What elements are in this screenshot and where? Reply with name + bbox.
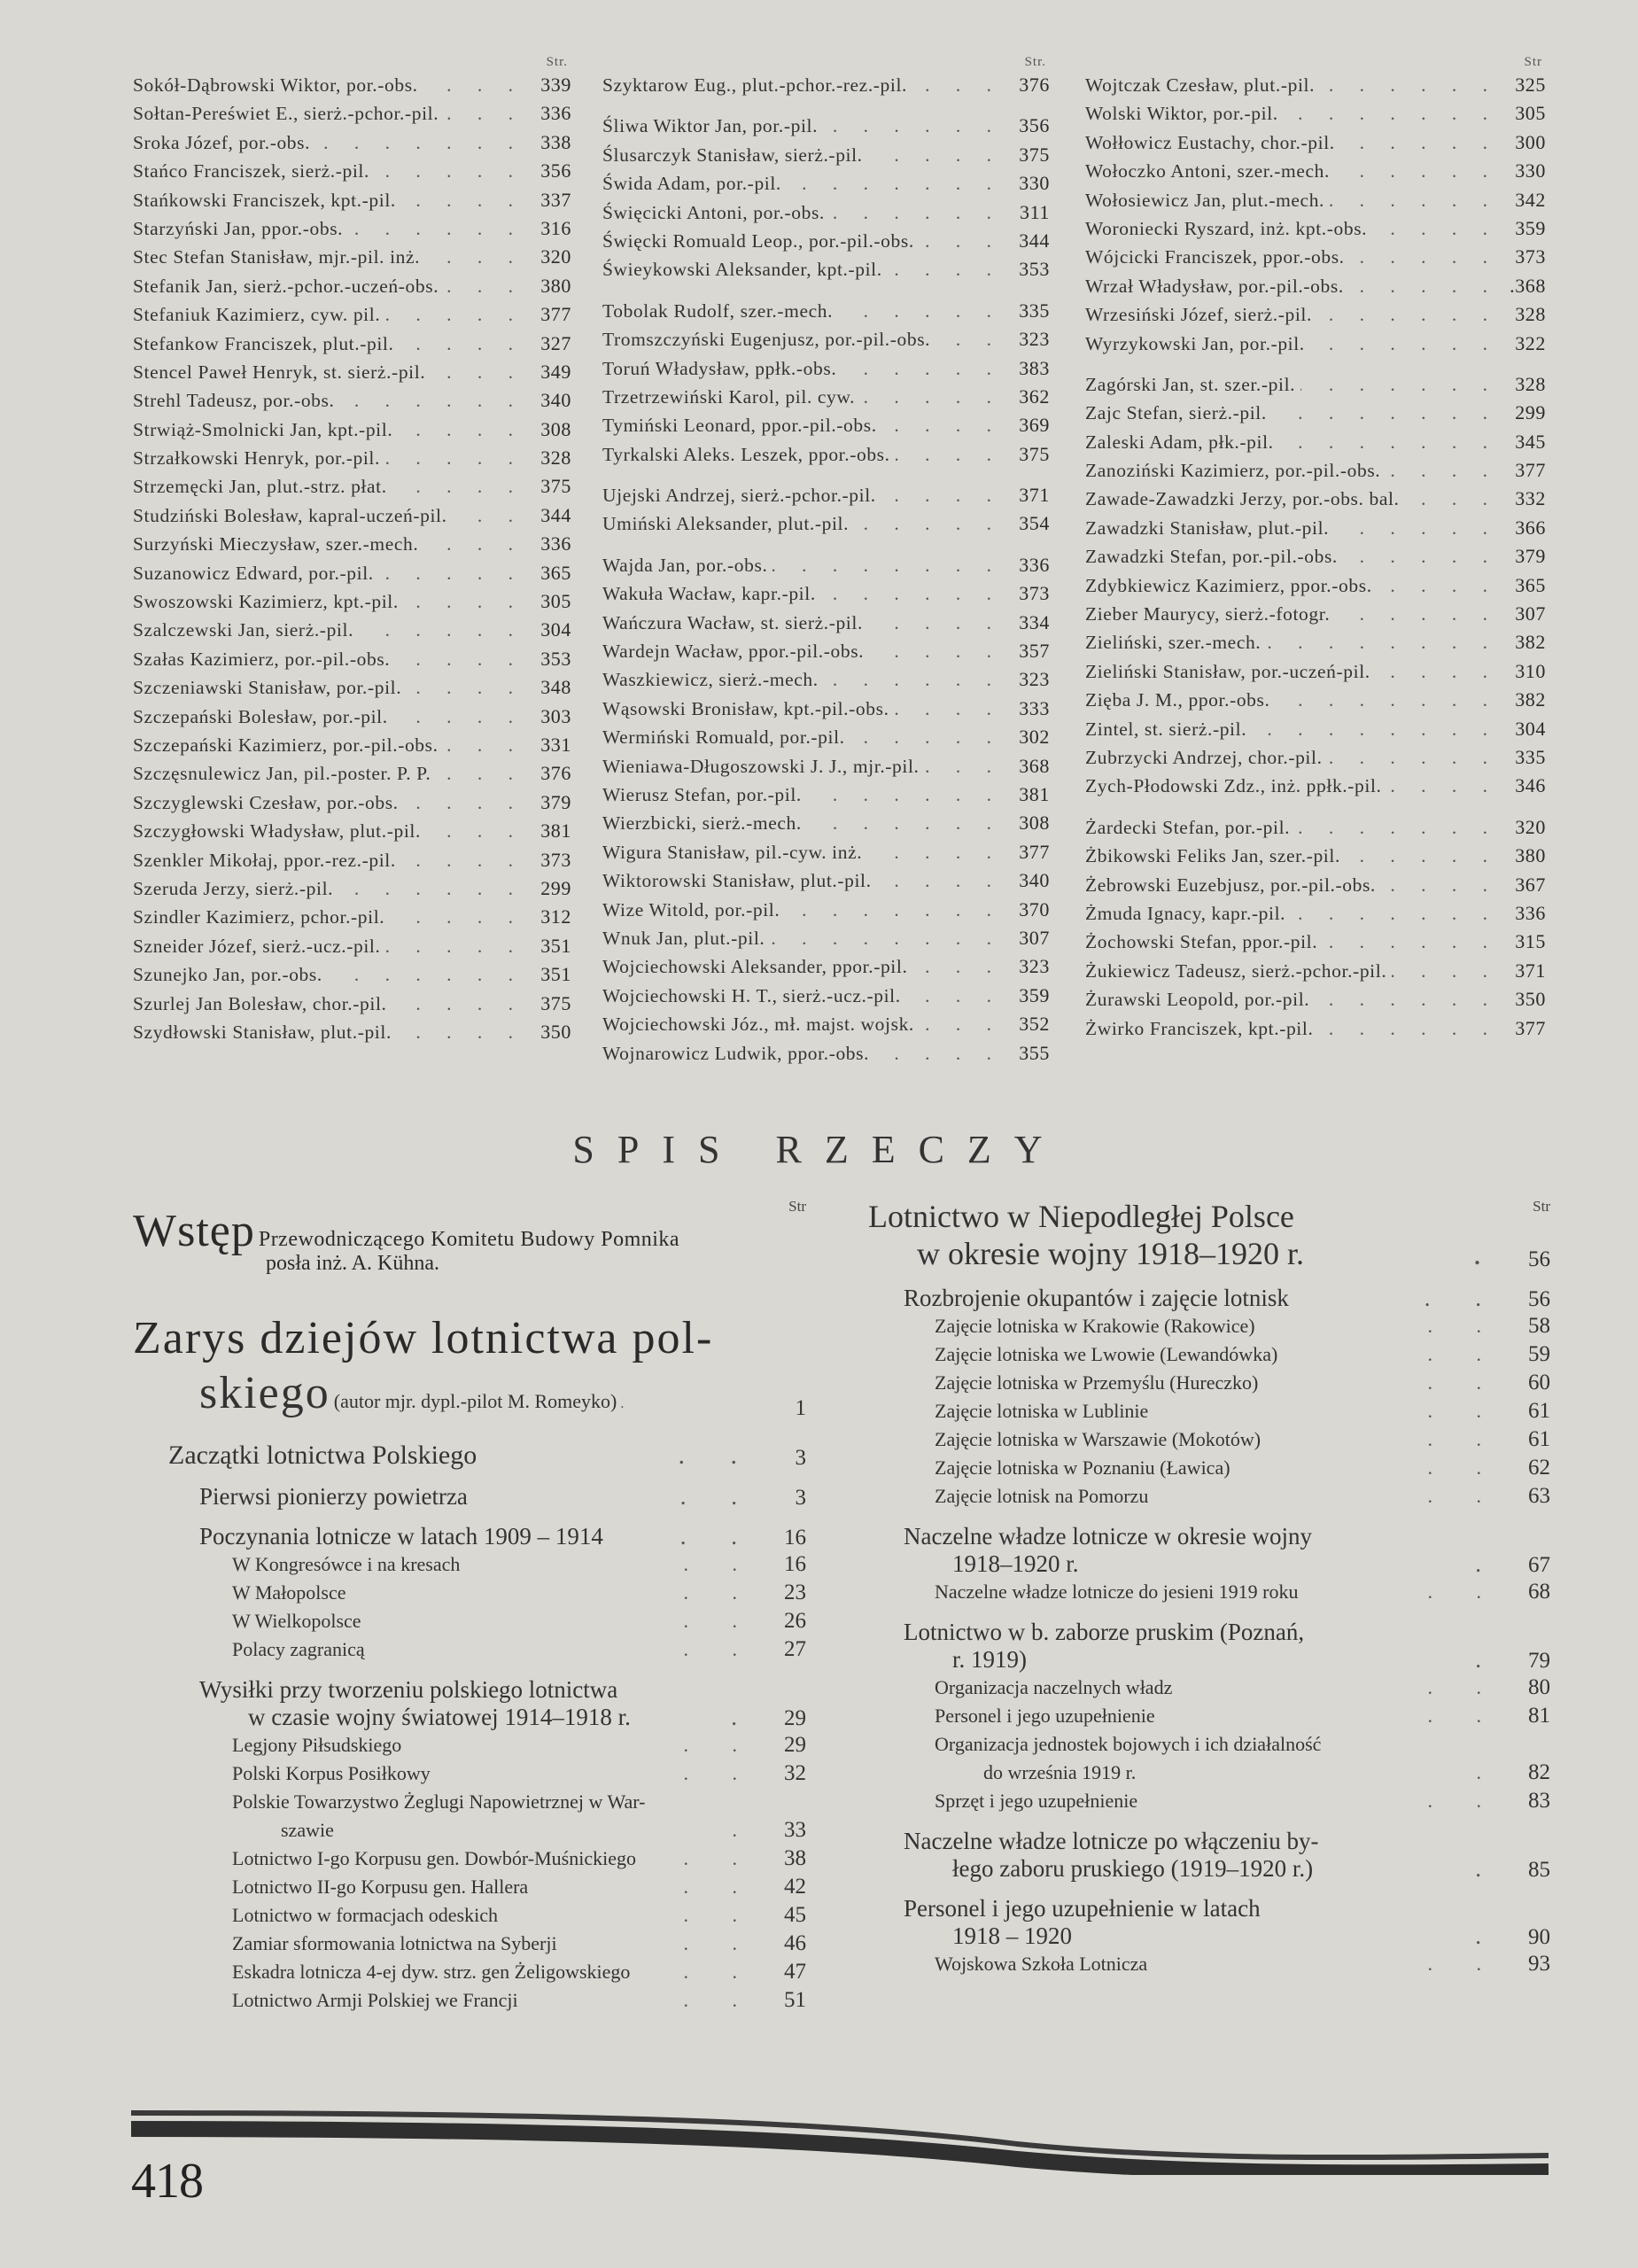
toc-entry: Polskie Towarzystwo Żeglugi Napowietrzne… xyxy=(133,1788,806,1845)
entry-page: 346 xyxy=(1503,772,1546,800)
leader-dots: . . . . . . . . . . . . xyxy=(821,579,1002,608)
entry-name: Studziński Bolesław, kapral-uczeń-pil. xyxy=(133,501,447,530)
leader-dots: . . . . . . . . . . . . xyxy=(431,358,524,386)
index-entry: Wojciechowski H. T., sierż.-ucz.-pil.. .… xyxy=(602,982,1050,1010)
leader-dots: . . . . . . . . . . . . xyxy=(390,903,524,931)
toc-page: 3 xyxy=(762,1446,806,1471)
toc-str-label: Str xyxy=(788,1198,806,1216)
entry-page: 356 xyxy=(1007,112,1050,140)
toc-entry: Wojskowa Szkoła Lotnicza. .93 xyxy=(868,1950,1550,1978)
entry-name: Wąsowski Bronisław, kpt.-pil.-obs. xyxy=(602,695,889,723)
entry-name: Szczęsnulewicz Jan, pil.-poster. P. P. xyxy=(133,759,431,788)
entry-name: Zawade-Zawadzki Jerzy, por.-obs. bal. xyxy=(1085,485,1400,513)
index-entry: Wojciechowski Aleksander, ppor.-pil.. . … xyxy=(602,952,1050,981)
index-entry: Wigura Stanisław, pil.-cyw. inż.. . . . … xyxy=(602,838,1050,866)
entry-page: 311 xyxy=(1007,198,1050,227)
leader-dots: . . . . . . . . . . . . xyxy=(1317,300,1498,329)
index-entry: Zanoziński Kazimierz, por.-pil.-obs.. . … xyxy=(1085,456,1546,485)
entry-page: 377 xyxy=(1503,456,1546,485)
leader-dots: . . xyxy=(1428,1397,1507,1425)
toc-page: 38 xyxy=(762,1845,806,1873)
index-list: Sokół-Dąbrowski Wiktor, por.-obs.. . . .… xyxy=(133,71,571,1046)
entry-page: 350 xyxy=(529,1018,571,1046)
leader-dots: . xyxy=(731,1704,762,1731)
entry-name: Ślusarczyk Stanisław, sierż.-pil. xyxy=(602,141,863,169)
toc-entry: Wysiłki przy tworzeniu polskiego lotnict… xyxy=(133,1676,806,1731)
toc-page: 82 xyxy=(1506,1759,1550,1787)
entry-page: 381 xyxy=(1007,781,1050,809)
leader-dots: . . . . . . . . . . . . xyxy=(1350,243,1498,271)
toc-entry-title: Zajęcie lotnisk na Pomorzu xyxy=(935,1482,1428,1511)
index-entry: Śliwa Wiktor Jan, por.-pil.. . . . . . .… xyxy=(602,112,1050,140)
toc-entry: Sprzęt i jego uzupełnienie. .83 xyxy=(868,1787,1550,1815)
toc-page: 47 xyxy=(762,1958,806,1986)
leader-dots: . . . . . . . . . . . . xyxy=(869,637,1002,665)
entry-name: Szałas Kazimierz, por.-pil.-obs. xyxy=(133,645,390,673)
entry-page: 353 xyxy=(1007,255,1050,283)
index-entry: Wierusz Stefan, por.-pil.. . . . . . . .… xyxy=(602,781,1050,809)
index-entry: Świeykowski Aleksander, kpt.-pil.. . . .… xyxy=(602,255,1050,283)
toc-page: 83 xyxy=(1506,1787,1550,1815)
toc-entry-title: Pierwsi pionierzy powietrza xyxy=(199,1483,680,1511)
leader-dots: . . . . . . . . . . . . xyxy=(1405,485,1498,513)
decorative-wave-rule xyxy=(131,2104,1549,2175)
leader-dots: . . . . . . . . . . . . xyxy=(444,272,524,300)
index-column-1: Str. Sokół-Dąbrowski Wiktor, por.-obs.. … xyxy=(133,55,571,1046)
entry-name: Strzałkowski Henryk, por.-pil. xyxy=(133,444,380,472)
index-entry: Wrzał Władysław, por.-pil.-obs.. . . . .… xyxy=(1085,272,1546,300)
entry-name: Szczyglewski Czesław, por.-obs. xyxy=(133,788,399,817)
leader-dots: . . . . . . . . . . . . xyxy=(920,1010,1002,1038)
leader-dots: . . xyxy=(684,1759,763,1788)
index-list: Wojtczak Czesław, plut.-pil.. . . . . . … xyxy=(1085,71,1546,1043)
entry-page: 377 xyxy=(1007,838,1050,866)
index-column-3: Str Wojtczak Czesław, plut.-pil.. . . . … xyxy=(1085,55,1546,1043)
index-column-2: Str. Szyktarow Eug., plut.-pchor.-rez.-p… xyxy=(602,55,1050,1068)
leader-dots: . . . . . . . . . . . . xyxy=(895,695,1002,723)
entry-name: Zieliński Stanisław, por.-uczeń-pil. xyxy=(1085,657,1370,686)
leader-dots: . . . . . . . . . . . . xyxy=(842,354,1002,383)
leader-dots: . xyxy=(1475,1855,1506,1883)
index-entry: Zdybkiewicz Kazimierz, ppor.-obs.. . . .… xyxy=(1085,571,1546,600)
toc-entry: Polacy zagranicą. .27 xyxy=(133,1635,806,1664)
entry-name: Wolski Wiktor, por.-pil. xyxy=(1085,99,1278,128)
toc-page: 61 xyxy=(1506,1425,1550,1454)
leader-dots: . . . . . . . . . . . . xyxy=(838,297,1002,325)
entry-page: 304 xyxy=(529,616,571,644)
leader-dots: . . xyxy=(1428,1674,1507,1702)
toc-entry: Polski Korpus Posiłkowy. .32 xyxy=(133,1759,806,1788)
entry-name: Zubrzycki Andrzej, chor.-pil. xyxy=(1085,743,1323,772)
leader-dots: . . . . . . . . . . . . xyxy=(1272,399,1498,427)
leader-dots: . xyxy=(1475,1922,1506,1950)
wstep-heading: Wstęp xyxy=(133,1206,255,1256)
leader-dots: . . xyxy=(684,1901,763,1930)
entry-page: 320 xyxy=(1503,813,1546,842)
entry-page: 335 xyxy=(1007,297,1050,325)
index-entry: Zych-Płodowski Zdz., inż. ppłk.-pil.. . … xyxy=(1085,772,1546,800)
entry-name: Żebrowski Euzebjusz, por.-pil.-obs. xyxy=(1085,871,1376,899)
toc-page: 56 xyxy=(1506,1287,1550,1312)
leader-dots: . . . . . . . . . . . . xyxy=(359,616,524,644)
toc-page: 33 xyxy=(762,1816,806,1845)
index-entry: Szczeniawski Stanisław, por.-pil.. . . .… xyxy=(133,673,571,702)
toc-left-column: Str Wstęp Przewodniczącego Komitetu Budo… xyxy=(133,1198,806,2015)
entry-page: 328 xyxy=(1503,300,1546,329)
toc-entry: Personel i jego uzupełnienie w latach191… xyxy=(868,1895,1550,1950)
index-entry: Wyrzykowski Jan, por.-pil.. . . . . . . … xyxy=(1085,330,1546,358)
index-entry: Wojciechowski Józ., mł. majst. wojsk.. .… xyxy=(602,1010,1050,1038)
toc-entry-title: Lotnictwo w b. zaborze pruskim (Poznań, xyxy=(904,1619,1550,1646)
leader-dots: . . . . . . . . . . . . xyxy=(393,703,524,731)
toc-page: 45 xyxy=(762,1901,806,1930)
entry-page: 367 xyxy=(1503,871,1546,899)
leader-dots: . . xyxy=(684,1845,763,1873)
toc-entry-cont: 1918 – 1920 xyxy=(904,1922,1475,1950)
toc-page: 42 xyxy=(762,1873,806,1901)
index-entry: Zaleski Adam, płk.-pil.. . . . . . . . .… xyxy=(1085,428,1546,456)
leader-dots: . . . . . . . . . . . . xyxy=(385,444,524,472)
entry-name: Szczepański Kazimierz, por.-pil.-obs. xyxy=(133,731,439,759)
leader-dots: . . xyxy=(1428,1454,1507,1482)
toc-page: 27 xyxy=(762,1635,806,1664)
toc-entry-title: Eskadra lotnicza 4-ej dyw. strz. gen Żel… xyxy=(232,1958,684,1986)
entry-page: 325 xyxy=(1503,71,1546,99)
leader-dots: . . . . . . . . . . . . xyxy=(1266,628,1498,656)
index-entry: Tyrkalski Aleks. Leszek, ppor.-obs.. . .… xyxy=(602,440,1050,469)
entry-page: 312 xyxy=(529,903,571,931)
index-entry: Ujejski Andrzej, sierż.-pchor.-pil.. . .… xyxy=(602,481,1050,509)
toc-left-items: Zaczątki lotnictwa Polskiego. .3Pierwsi … xyxy=(133,1441,806,2015)
entry-name: Zaleski Adam, płk.-pil. xyxy=(1085,428,1274,456)
index-entry: Tromszczyński Eugenjusz, por.-pil.-obs..… xyxy=(602,325,1050,353)
toc-entry: W Małopolsce. .23 xyxy=(133,1579,806,1607)
index-entry: Szyktarow Eug., plut.-pchor.-rez.-pil.. … xyxy=(602,71,1050,99)
entry-page: 332 xyxy=(1503,485,1546,513)
toc-entry-cont: r. 1919) xyxy=(904,1646,1475,1674)
toc-page: 93 xyxy=(1506,1950,1550,1978)
entry-page: 336 xyxy=(1503,899,1546,928)
toc-page: 3 xyxy=(762,1486,806,1511)
leader-dots: . . . . . . . . . . . . xyxy=(328,960,524,989)
entry-page: 366 xyxy=(1503,514,1546,542)
entry-page: .368 xyxy=(1503,272,1546,300)
leader-dots: . . . . . . . . . . . . xyxy=(385,300,524,329)
entry-page: 336 xyxy=(1007,551,1050,579)
toc-entry: Zajęcie lotnisk na Pomorzu. .63 xyxy=(868,1482,1550,1511)
leader-dots: . xyxy=(1475,1550,1506,1578)
leader-dots: . . . . . . . . . . . . xyxy=(1340,128,1498,157)
toc-entry: Lotnictwo Armji Polskiej we Francji. .51 xyxy=(133,1986,806,2015)
entry-page: 365 xyxy=(1503,571,1546,600)
index-entry: Świda Adam, por.-pil.. . . . . . . . . .… xyxy=(602,169,1050,198)
leader-dots: . . . . . . . . . . . . xyxy=(772,551,1002,579)
index-entry: Zieliński Stanisław, por.-uczeń-pil.. . … xyxy=(1085,657,1546,686)
leader-dots: . . . . . . . . . . . . xyxy=(385,932,524,960)
entry-name: Zawadzki Stanisław, plut.-pil. xyxy=(1085,514,1329,542)
entry-name: Ujejski Andrzej, sierż.-pchor.-pil. xyxy=(602,481,876,509)
toc-title: SPIS RZECZY xyxy=(0,1127,1638,1172)
toc-entry-title: Wojskowa Szkoła Lotnicza xyxy=(935,1950,1428,1978)
entry-name: Strzemęcki Jan, plut.-strz. płat. xyxy=(133,472,387,501)
entry-name: Zajc Stefan, sierż.-pil. xyxy=(1085,399,1267,427)
leader-dots: . . . . . . . . . . . . xyxy=(348,214,524,243)
leader-dots: . . . . . . . . . . . . xyxy=(868,141,1002,169)
entry-name: Stefanik Jan, sierż.-pchor.-uczeń-obs. xyxy=(133,272,439,300)
toc-entry-title: Lotnictwo II-go Korpusu gen. Hallera xyxy=(232,1873,684,1901)
index-entry: Zintel, st. sierż.-pil.. . . . . . . . .… xyxy=(1085,715,1546,743)
index-entry: Szalczewski Jan, sierż.-pil.. . . . . . … xyxy=(133,616,571,644)
index-entry: Żukiewicz Tadeusz, sierż.-pchor.-pil.. .… xyxy=(1085,957,1546,985)
entry-page: 299 xyxy=(1503,399,1546,427)
entry-name: Stencel Paweł Henryk, st. sierż.-pil. xyxy=(133,358,425,386)
entry-page: 362 xyxy=(1007,383,1050,411)
str-label: Str xyxy=(1085,55,1546,71)
entry-page: 307 xyxy=(1503,600,1546,628)
entry-page: 330 xyxy=(1503,157,1546,185)
entry-name: Tromszczyński Eugenjusz, por.-pil.-obs. xyxy=(602,325,930,353)
toc-right-column: Str Lotnictwo w Niepodległej Polscew okr… xyxy=(868,1198,1550,1978)
leader-dots: . . xyxy=(680,1483,762,1511)
toc-entry: Legjony Piłsudskiego. .29 xyxy=(133,1731,806,1759)
toc-right-items: Lotnictwo w Niepodległej Polscew okresie… xyxy=(868,1198,1550,1978)
entry-page: 327 xyxy=(529,330,571,358)
index-entry: Umiński Aleksander, plut.-pil.. . . . . … xyxy=(602,509,1050,538)
leader-dots: . . . . . . . . . . . . xyxy=(1335,600,1498,628)
entry-page: 350 xyxy=(1503,985,1546,1014)
toc-entry-title: Wysiłki przy tworzeniu polskiego lotnict… xyxy=(199,1676,806,1704)
index-entry: Żochowski Stefan, ppor.-pil.. . . . . . … xyxy=(1085,928,1546,956)
entry-page: 353 xyxy=(529,645,571,673)
entry-page: 371 xyxy=(1503,957,1546,985)
entry-name: Żwirko Franciszek, kpt.-pil. xyxy=(1085,1014,1313,1043)
leader-dots: . . . . . . . . . . . . xyxy=(877,866,1002,895)
entry-name: Śliwa Wiktor Jan, por.-pil. xyxy=(602,112,818,140)
index-entry: Stefaniuk Kazimierz, cyw. pil.. . . . . … xyxy=(133,300,571,329)
entry-name: Zintel, st. sierż.-pil. xyxy=(1085,715,1246,743)
leader-dots: . . . . . . . . . . . . xyxy=(399,330,524,358)
entry-name: Wierzbicki, sierż.-mech. xyxy=(602,809,802,837)
entry-page: 305 xyxy=(1503,99,1546,128)
leader-dots: . . . . . . . . . . . . xyxy=(444,731,524,759)
entry-name: Umiński Aleksander, plut.-pil. xyxy=(602,509,849,538)
toc-entry: Zajęcie lotniska w Krakowie (Rakowice). … xyxy=(868,1312,1550,1340)
index-entry: Ślusarczyk Stanisław, sierż.-pil.. . . .… xyxy=(602,141,1050,169)
entry-page: 369 xyxy=(1007,411,1050,439)
toc-entry: Naczelne władze lotnicze po włączeniu by… xyxy=(868,1828,1550,1883)
leader-dots: . . . . . . . . . . . . xyxy=(1279,428,1498,456)
leader-dots: . . . . . . . . . . . . xyxy=(404,587,524,616)
toc-entry-title: Sprzęt i jego uzupełnienie xyxy=(935,1787,1428,1815)
toc-entry: Zajęcie lotniska we Lwowie (Lewandówka).… xyxy=(868,1340,1550,1369)
toc-entry-title: Naczelne władze lotnicze do jesieni 1919… xyxy=(935,1578,1428,1606)
leader-dots: . . . . . . . . . . . . xyxy=(1392,957,1498,985)
toc-page: 58 xyxy=(1506,1312,1550,1340)
index-entry: Tymiński Leonard, ppor.-pil.-obs.. . . .… xyxy=(602,411,1050,439)
leader-dots: . . . . . . . . . . . . xyxy=(1343,542,1498,571)
entry-page: 323 xyxy=(1007,325,1050,353)
leader-dots: . . . . . . . . . . . . xyxy=(398,416,524,444)
leader-dots: . . . . . . . . . . . . xyxy=(392,472,524,501)
zarys-skiego: skiego xyxy=(199,1368,330,1418)
leader-dots: . . . . . . . . . . . . xyxy=(785,896,1002,924)
index-entry: Szczepański Kazimierz, por.-pil.-obs.. .… xyxy=(133,731,571,759)
entry-name: Wójcicki Franciszek, ppor.-obs. xyxy=(1085,243,1345,271)
index-entry: Waszkiewicz, sierż.-mech.. . . . . . . .… xyxy=(602,665,1050,694)
index-entry: Surzyński Mieczysław, szer.-mech.. . . .… xyxy=(133,530,571,558)
entry-page: 316 xyxy=(529,214,571,243)
index-entry: Szczygłowski Władysław, plut.-pil.. . . … xyxy=(133,817,571,845)
leader-dots: . . . . . . . . . . . . xyxy=(1275,686,1498,714)
toc-entry-cont: w czasie wojny światowej 1914–1918 r. xyxy=(199,1704,731,1731)
toc-entry-title: Legjony Piłsudskiego xyxy=(232,1731,684,1759)
entry-page: 336 xyxy=(529,99,571,128)
entry-name: Zanoziński Kazimierz, por.-pil.-obs. xyxy=(1085,456,1380,485)
leader-dots: . . . . . . . . . . . . xyxy=(881,481,1002,509)
leader-dots: . . xyxy=(684,1958,763,1986)
entry-name: Szalczewski Jan, sierż.-pil. xyxy=(133,616,353,644)
index-entry: Zawade-Zawadzki Jerzy, por.-obs. bal.. .… xyxy=(1085,485,1546,513)
leader-dots: . . . . . . . . . . . . xyxy=(888,255,1002,283)
entry-page: 373 xyxy=(1503,243,1546,271)
str-label: Str. xyxy=(602,55,1050,71)
leader-dots: . . . . . . . . . . . . xyxy=(1252,715,1498,743)
index-entry: Sokół-Dąbrowski Wiktor, por.-obs.. . . .… xyxy=(133,71,571,99)
toc-entry-title: Polski Korpus Posiłkowy xyxy=(232,1759,684,1788)
toc-entry: Zajęcie lotniska w Warszawie (Mokotów). … xyxy=(868,1425,1550,1454)
leader-dots: . . . . . . . . . . . . xyxy=(1386,456,1498,485)
leader-dots: . . . . . . . . . . . . xyxy=(1315,985,1498,1014)
leader-dots: . . . . . . . . . . . . xyxy=(906,982,1002,1010)
toc-entry-cont: szawie xyxy=(232,1816,733,1845)
leader-dots: . . . . . . . . . . . . xyxy=(874,1039,1002,1068)
toc-entry: Lotnictwo w Niepodległej Polscew okresie… xyxy=(868,1198,1550,1272)
leader-dots: . . . . . . . . . . . . xyxy=(854,509,1002,538)
leader-dots: . . . . . . . . . . . . xyxy=(426,817,524,845)
leader-dots: . . . . . . . . . . . . xyxy=(867,838,1002,866)
entry-page: 373 xyxy=(529,846,571,874)
entry-name: Wize Witold, por.-pil. xyxy=(602,896,780,924)
str-label: Str. xyxy=(133,55,571,71)
leader-dots: . xyxy=(1473,1235,1506,1272)
index-entry: Stec Stefan Stanisław, mjr.-pil. inż.. .… xyxy=(133,243,571,271)
leader-dots: . . . . . . . . . . . . xyxy=(1284,99,1498,128)
leader-dots: . . . . . . . . . . . . xyxy=(407,673,524,702)
toc-entry-title: Zajęcie lotniska w Poznaniu (Ławica) xyxy=(935,1454,1428,1482)
toc-page: 60 xyxy=(1506,1369,1550,1397)
index-entry: Zajc Stefan, sierż.-pil.. . . . . . . . … xyxy=(1085,399,1546,427)
leader-dots: . . xyxy=(684,1607,763,1635)
entry-name: Wołoczko Antoni, szer.-mech. xyxy=(1085,157,1330,185)
toc-entry-title: Zajęcie lotniska w Krakowie (Rakowice) xyxy=(935,1312,1428,1340)
entry-name: Zięba J. M., ppor.-obs. xyxy=(1085,686,1269,714)
leader-dots: . . xyxy=(684,1930,763,1958)
toc-page: 29 xyxy=(762,1731,806,1759)
toc-page: 23 xyxy=(762,1579,806,1607)
index-entry: Zieber Maurycy, sierż.-fotogr.. . . . . … xyxy=(1085,600,1546,628)
entry-name: Święcki Romuald Leop., por.-pil.-obs. xyxy=(602,227,914,255)
entry-name: Sroka Józef, por.-obs. xyxy=(133,128,310,157)
entry-page: 365 xyxy=(529,559,571,587)
index-entry: Szczepański Bolesław, por.-pil.. . . . .… xyxy=(133,703,571,731)
entry-name: Wakuła Wacław, kapr.-pil. xyxy=(602,579,816,608)
toc-entry-title: Organizacja naczelnych władz xyxy=(935,1674,1428,1702)
toc-entry: Poczynania lotnicze w latach 1909 – 1914… xyxy=(133,1523,806,1550)
entry-name: Zych-Płodowski Zdz., inż. ppłk.-pil. xyxy=(1085,772,1382,800)
entry-name: Trzetrzewiński Karol, pil. cyw. xyxy=(602,383,855,411)
entry-name: Żmuda Ignacy, kapr.-pil. xyxy=(1085,899,1285,928)
index-entry: Stańkowski Franciszek, kpt.-pil.. . . . … xyxy=(133,186,571,214)
entry-page: 342 xyxy=(1503,186,1546,214)
entry-page: 337 xyxy=(529,186,571,214)
toc-entry: Zajęcie lotniska w Lublinie. .61 xyxy=(868,1397,1550,1425)
entry-name: Szydłowski Stanisław, plut.-pil. xyxy=(133,1018,392,1046)
entry-page: 304 xyxy=(1503,715,1546,743)
leader-dots: . . . . . . . . . . . . xyxy=(392,990,524,1018)
leader-dots: . . . . . . . . . . . . xyxy=(444,99,524,128)
toc-entry-title: Lotnictwo w formacjach odeskich xyxy=(232,1901,684,1930)
leader-dots: . . xyxy=(684,1635,763,1664)
index-entry: Szenkler Mikołaj, ppor.-rez.-pil.. . . .… xyxy=(133,846,571,874)
index-entry: Szczyglewski Czesław, por.-obs.. . . . .… xyxy=(133,788,571,817)
leader-dots: . . . . . . . . . . . . xyxy=(1387,772,1498,800)
entry-page: 340 xyxy=(529,386,571,415)
toc-entry-title: Zamiar sformowania lotnictwa na Syberji xyxy=(232,1930,684,1958)
entry-page: 375 xyxy=(1007,141,1050,169)
toc-entry: Lotnictwo I-go Korpusu gen. Dowbór-Muśni… xyxy=(133,1845,806,1873)
entry-page: 379 xyxy=(529,788,571,817)
index-entry: Sołtan-Pereświet E., sierż.-pchor.-pil..… xyxy=(133,99,571,128)
leader-dots: . . xyxy=(684,1579,763,1607)
index-entry: Wójcicki Franciszek, ppor.-obs.. . . . .… xyxy=(1085,243,1546,271)
index-entry: Woroniecki Ryszard, inż. kpt.-obs.. . . … xyxy=(1085,214,1546,243)
toc-page: 46 xyxy=(762,1930,806,1958)
leader-dots: . . . . . . . . . . . . xyxy=(912,952,1002,981)
leader-dots: . . . . . . . . . . . . xyxy=(920,227,1002,255)
entry-name: Szyktarow Eug., plut.-pchor.-rez.-pil. xyxy=(602,71,907,99)
index-entry: Stańco Franciszek, sierż.-pil.. . . . . … xyxy=(133,157,571,185)
entry-page: 299 xyxy=(529,874,571,903)
toc-page: 80 xyxy=(1506,1674,1550,1702)
entry-name: Żurawski Leopold, por.-pil. xyxy=(1085,985,1309,1014)
leader-dots: . . xyxy=(1428,1425,1507,1454)
leader-dots: . . . . . . . . . . . . xyxy=(395,645,524,673)
entry-name: Świda Adam, por.-pil. xyxy=(602,169,781,198)
entry-name: Strehl Tadeusz, por.-obs. xyxy=(133,386,334,415)
index-entry: Toruń Władysław, ppłk.-obs.. . . . . . .… xyxy=(602,354,1050,383)
index-entry: Starzyński Jan, ppor.-obs.. . . . . . . … xyxy=(133,214,571,243)
toc-page: 59 xyxy=(1506,1340,1550,1369)
index-entry: Święcki Romuald Leop., por.-pil.-obs.. .… xyxy=(602,227,1050,255)
leader-dots: . . . . . . . . . . . . xyxy=(1346,842,1498,870)
leader-dots: . . . . . . . . . . . . xyxy=(850,723,1002,751)
toc-entry: Zamiar sformowania lotnictwa na Syberji.… xyxy=(133,1930,806,1958)
entry-name: Święcicki Antoni, por.-obs. xyxy=(602,198,825,227)
leader-dots: . . . . . . . . . . . . xyxy=(436,759,524,788)
entry-page: 323 xyxy=(1007,952,1050,981)
entry-name: Wermiński Romuald, por.-pil. xyxy=(602,723,845,751)
toc-entry: Zajęcie lotniska w Poznaniu (Ławica). .6… xyxy=(868,1454,1550,1482)
toc-page: 81 xyxy=(1506,1702,1550,1730)
toc-page: 79 xyxy=(1506,1649,1550,1674)
wstep-text: Przewodniczącego Komitetu Budowy Pomnika xyxy=(259,1228,679,1251)
index-entry: Stefankow Franciszek, plut.-pil.. . . . … xyxy=(133,330,571,358)
toc-entry: Naczelne władze lotnicze do jesieni 1919… xyxy=(868,1578,1550,1606)
entry-page: 300 xyxy=(1503,128,1546,157)
index-entry: Wołoczko Antoni, szer.-mech.. . . . . . … xyxy=(1085,157,1546,185)
entry-name: Wojtczak Czesław, plut.-pil. xyxy=(1085,71,1315,99)
entry-name: Wańczura Wacław, st. sierż.-pil. xyxy=(602,609,863,637)
